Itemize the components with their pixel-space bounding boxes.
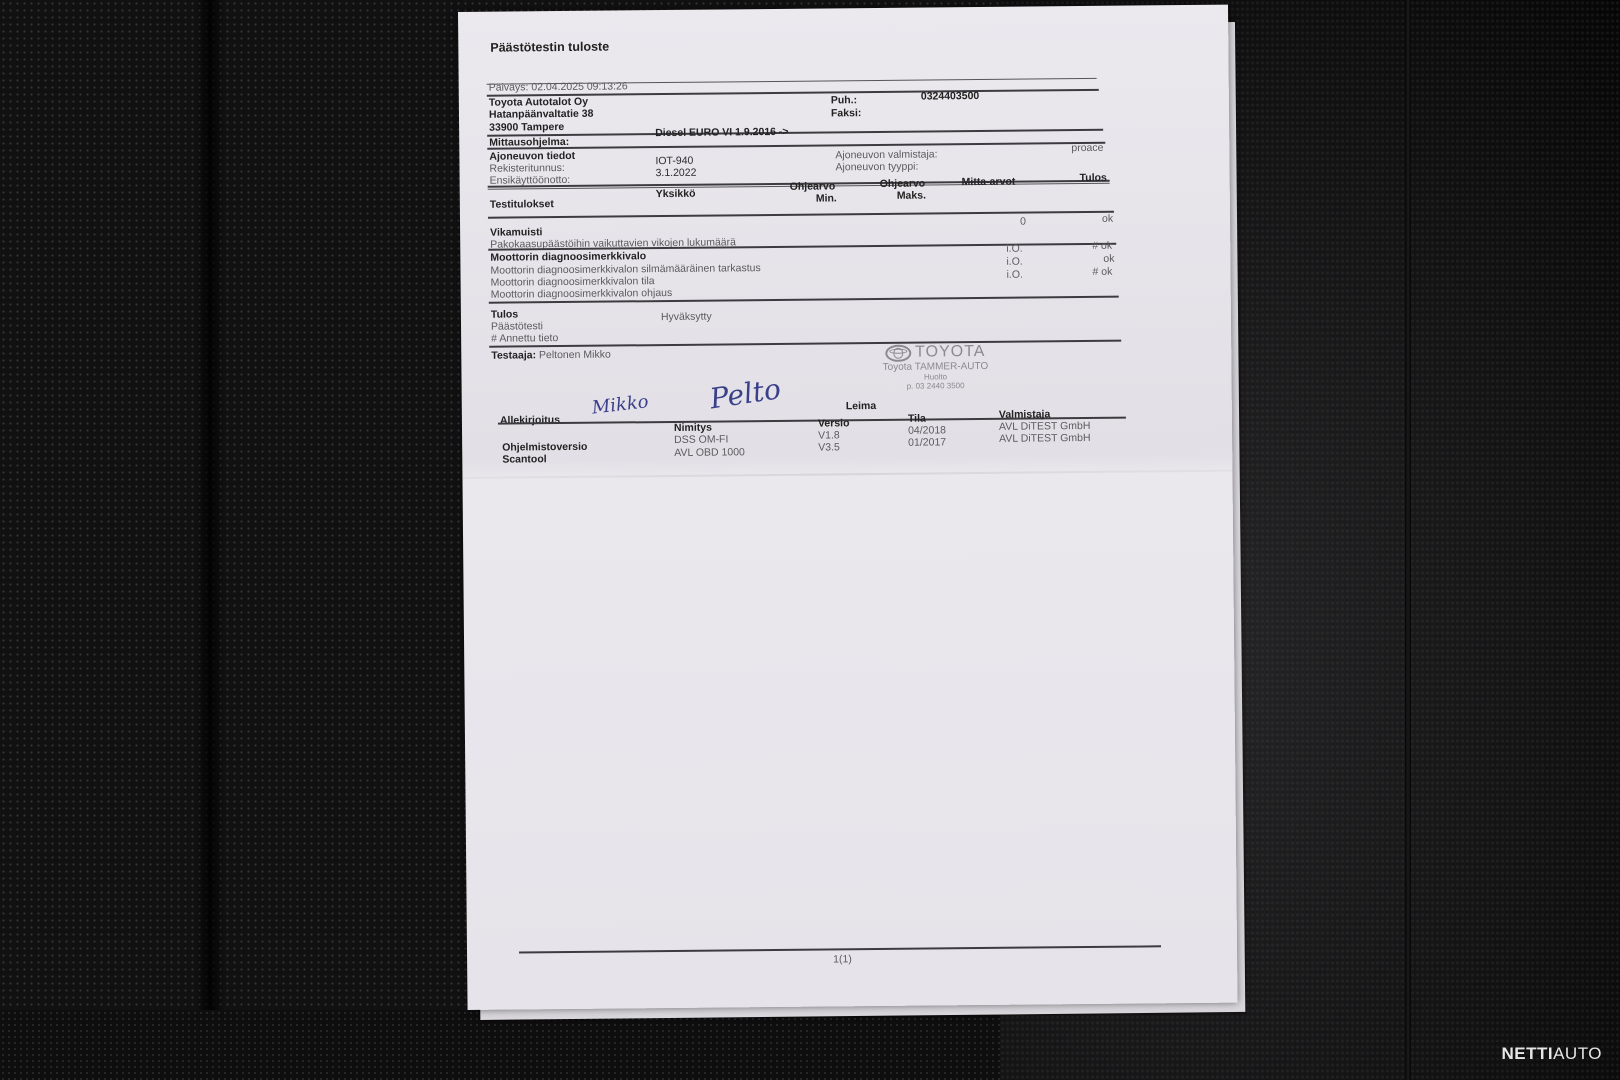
sw-col-name: Nimitys [674, 422, 712, 434]
row-result: ok [1102, 213, 1113, 225]
footer-rule [519, 945, 1161, 953]
sw-row-name: DSS OM-FI [674, 433, 728, 446]
phone-value: 0324403500 [921, 90, 980, 103]
sw-col-state: Tila [908, 413, 926, 425]
outcome-test-label: Päästötesti [491, 320, 543, 332]
tester-line: Testaaja: Peltonen Mikko [491, 349, 611, 362]
toyota-emblem-icon [885, 344, 911, 361]
outcome-test-value: Hyväksytty [661, 311, 712, 323]
col-max-1: Ohjearvo [880, 178, 926, 190]
group-heading-fault-memory: Vikamuisti [490, 226, 542, 239]
maker-label: Ajoneuvon valmistaja: [835, 148, 937, 161]
sw-row-state: 04/2018 [908, 424, 946, 436]
stamp-line3: p. 03 2440 3500 [876, 381, 996, 391]
reg-value: IOT-940 [655, 155, 693, 167]
rule [489, 340, 1121, 348]
signature-part-1: Mikko [591, 391, 650, 418]
type-label: Ajoneuvon tyyppi: [835, 161, 918, 174]
program-value: Diesel EURO VI 1.9.2016 -> [655, 126, 788, 139]
watermark-part1: NETTI [1501, 1044, 1553, 1063]
company-postal-city: 33900 Tampere [489, 121, 564, 134]
col-result: Tulos [1080, 172, 1107, 184]
sw-row-version: V1.8 [818, 429, 840, 441]
col-unit: Yksikkö [656, 188, 696, 200]
row-result: # ok [1092, 266, 1112, 278]
stamp-label: Leima [846, 400, 876, 412]
reg-label: Rekisteritunnus: [489, 162, 564, 175]
company-name: Toyota Autotalot Oy [489, 96, 588, 109]
sw-row-maker: AVL DiTEST GmbH [999, 420, 1091, 433]
sw-col-version: Versio [818, 417, 850, 429]
row-measured: 0 [1020, 216, 1026, 228]
rule [487, 129, 1103, 136]
phone-label: Puh.: [831, 94, 857, 106]
dealer-stamp: TOYOTA Toyota TAMMER-AUTO Huolto p. 03 2… [875, 343, 995, 391]
signature-part-2: Pelto [708, 372, 783, 415]
signature-label: Allekirjoitus [500, 414, 560, 427]
fax-label: Faksi: [831, 107, 861, 119]
seat-fabric-bottom [0, 1010, 1000, 1080]
row-result: ok [1103, 253, 1114, 265]
tester-label: Testaaja: [491, 349, 536, 361]
outcome-heading: Tulos [491, 308, 518, 320]
row-label: Moottorin diagnoosimerkkivalon ohjaus [491, 287, 673, 301]
sw-row-label: Scantool [502, 453, 546, 465]
sw-row-label: Ohjelmistoversio [502, 441, 587, 454]
emission-test-printout: Päästötestin tuloste Päiväys: 02.04.2025… [458, 5, 1238, 1010]
rule [487, 142, 1105, 149]
nettiauto-watermark: NETTIAUTO [1501, 1044, 1602, 1064]
tester-name: Peltonen Mikko [539, 349, 611, 362]
col-min-1: Ohjearvo [790, 180, 836, 192]
sw-col-maker: Valmistaja [999, 408, 1050, 420]
col-test: Testitulokset [490, 198, 554, 211]
sw-row-version: V3.5 [818, 441, 840, 453]
company-street: Hatanpäänvaltatie 38 [489, 108, 594, 121]
row-measured: i.O. [1006, 256, 1022, 268]
sw-row-maker: AVL DiTEST GmbH [999, 432, 1091, 445]
row-result: # ok [1092, 240, 1112, 252]
leather-seam [1405, 0, 1411, 1080]
date-line: Päiväys: 02.04.2025 09:13:26 [489, 80, 628, 93]
watermark-part2: AUTO [1553, 1044, 1602, 1063]
col-min-2: Min. [816, 192, 837, 204]
page-number: 1(1) [833, 953, 852, 965]
col-max-2: Maks. [897, 190, 926, 202]
first-use-value: 3.1.2022 [655, 167, 696, 179]
col-measured: Mitta-arvot [962, 176, 1016, 189]
stamp-logo-row: TOYOTA [875, 343, 995, 362]
stamp-brand: TOYOTA [915, 343, 985, 362]
sw-row-name: AVL OBD 1000 [674, 446, 745, 459]
sw-row-state: 01/2017 [908, 436, 946, 448]
row-measured: i.O. [1006, 243, 1022, 255]
group-heading-mil: Moottorin diagnoosimerkkivalo [490, 250, 646, 263]
vehicle-heading: Ajoneuvon tiedot [489, 150, 575, 163]
seat-seam-shadow [195, 0, 225, 1080]
outcome-note: # Annettu tieto [491, 332, 558, 345]
paper-fold [462, 470, 1232, 479]
maker-value: proace [1071, 142, 1103, 154]
stamp-line1: Toyota TAMMER-AUTO [875, 361, 995, 373]
row-measured: i.O. [1006, 269, 1022, 281]
document-title: Päästötestin tuloste [490, 40, 609, 55]
